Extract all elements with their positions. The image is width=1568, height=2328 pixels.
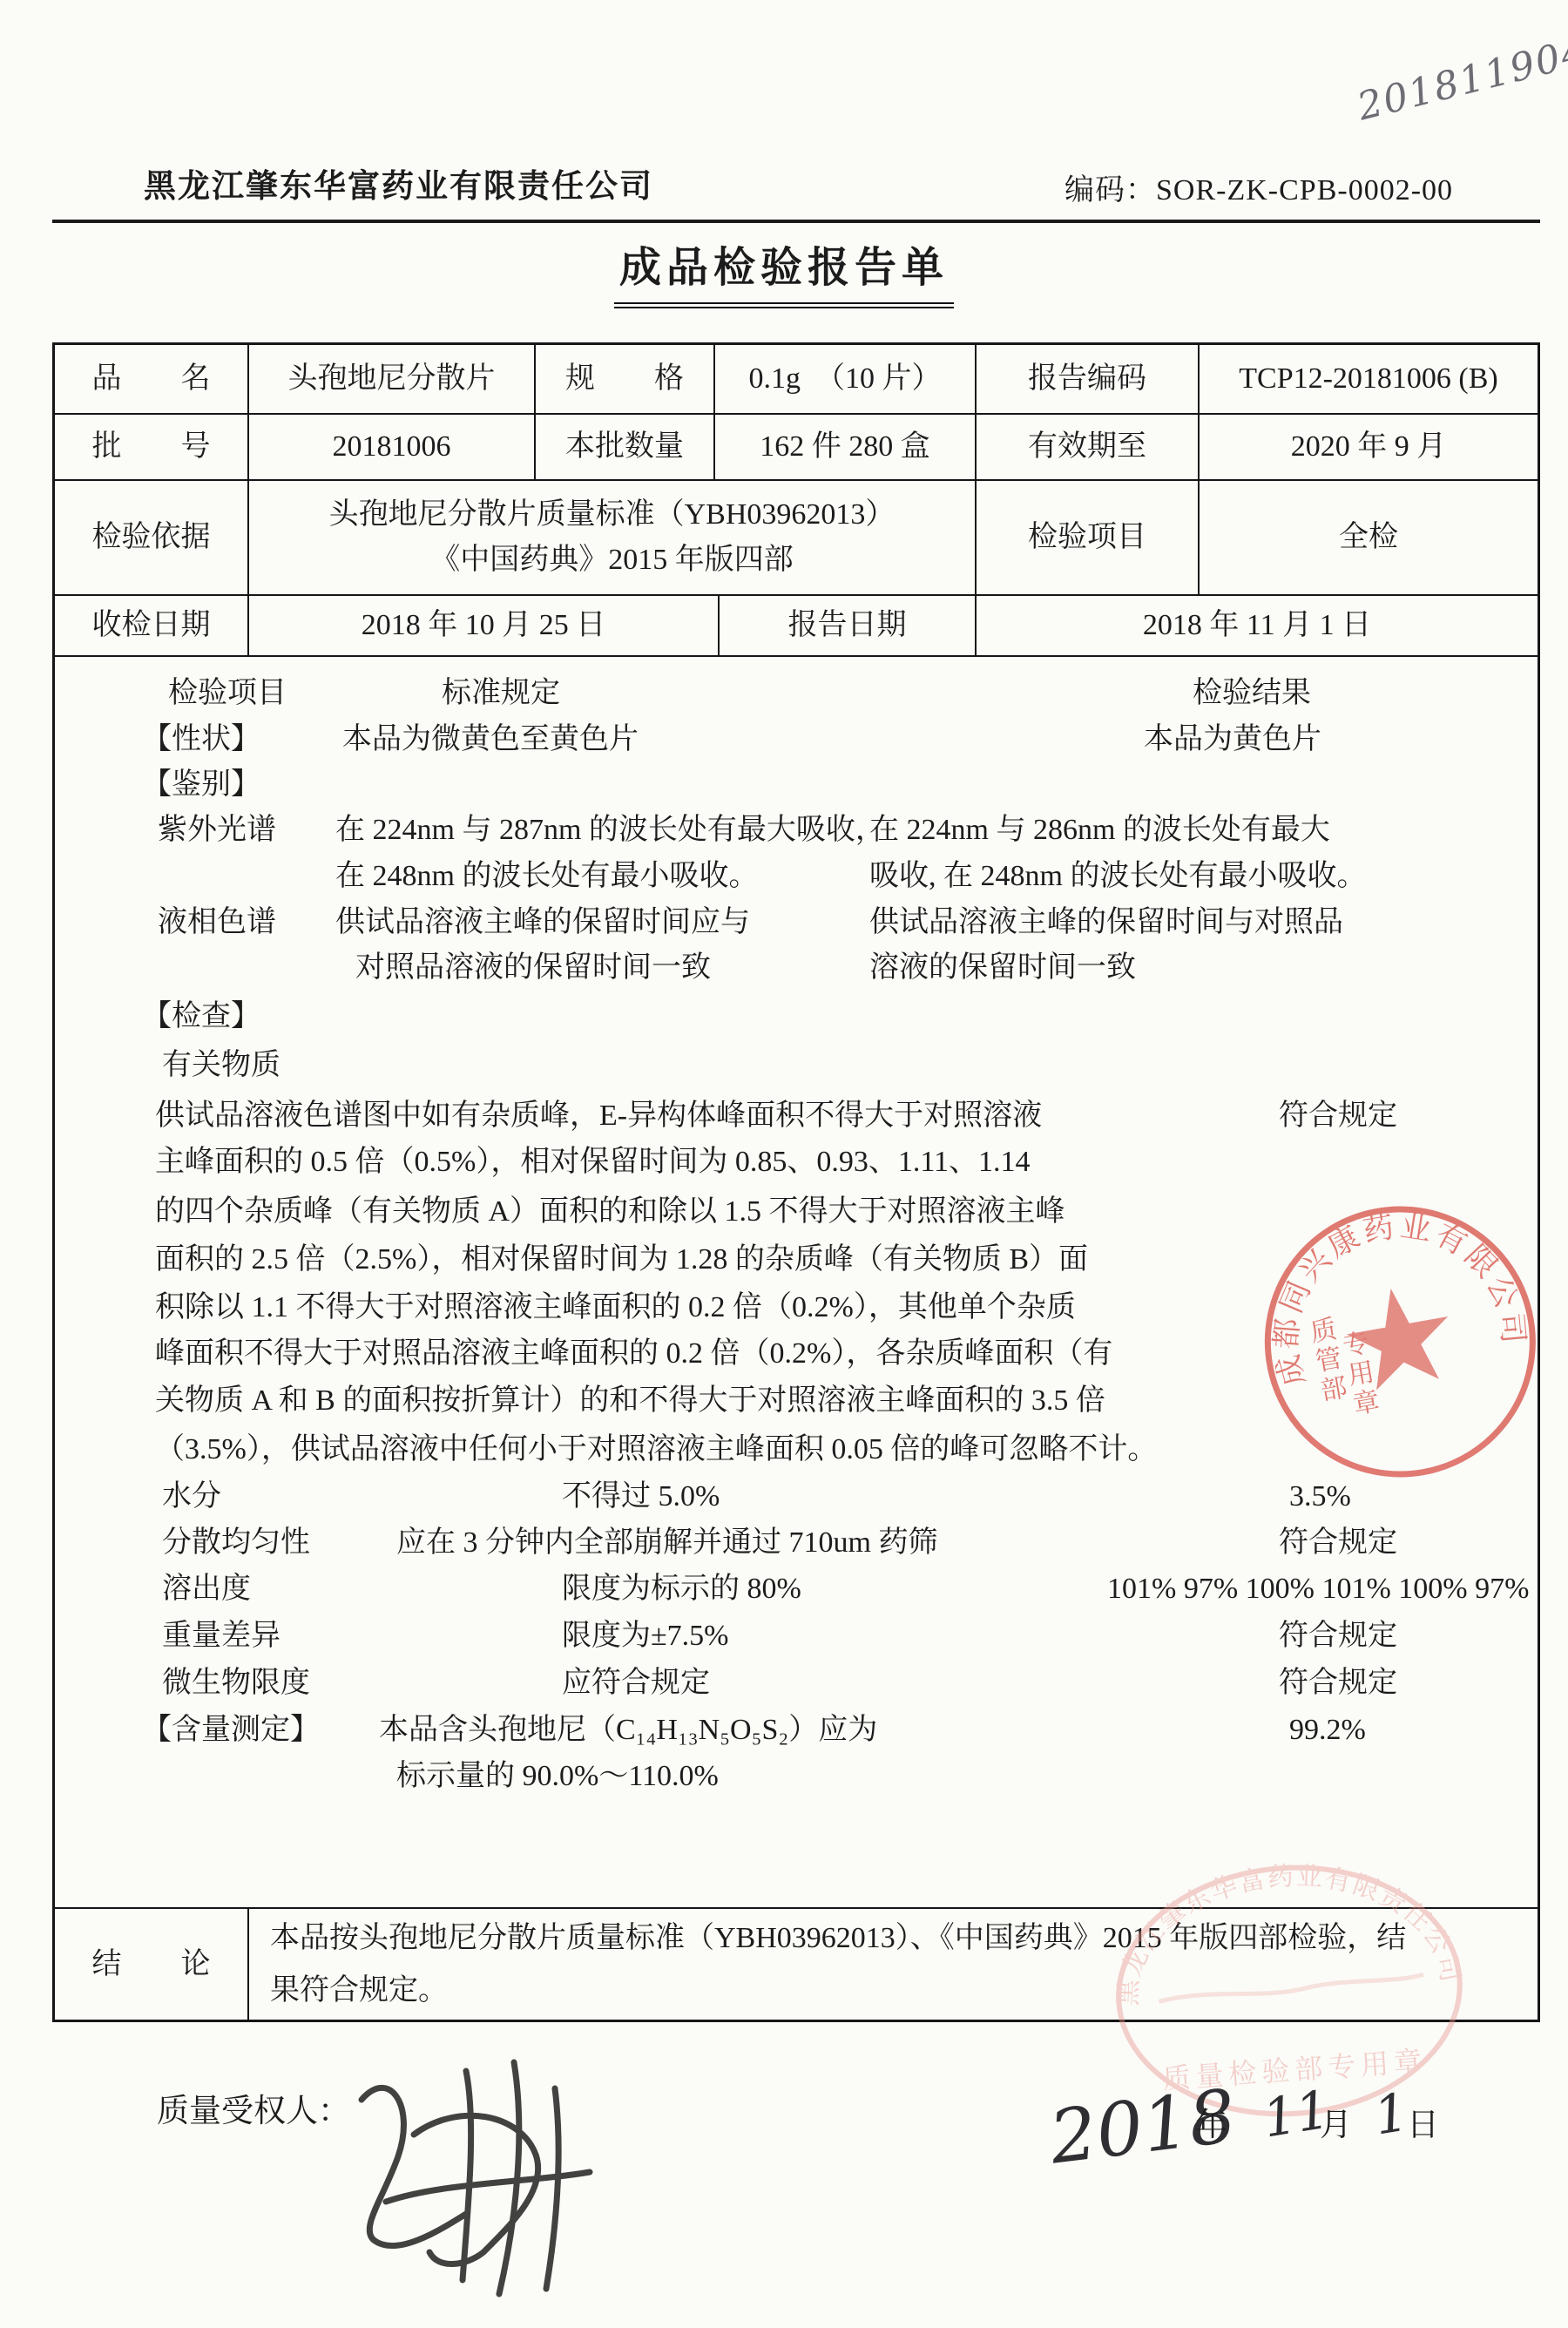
- receive-date-label: 收检日期: [55, 596, 249, 655]
- section-identification: 【鉴别】: [142, 766, 260, 804]
- uv-result-line1: 在 224nm 与 286nm 的波长处有最大: [869, 811, 1330, 849]
- item-related-substances: 有关物质: [162, 1046, 280, 1085]
- moisture-standard: 不得过 5.0%: [562, 1478, 720, 1516]
- company-name: 黑龙江肇东华富药业有限责任公司: [144, 159, 653, 206]
- basis-line1: 头孢地尼分散片质量标准（YBH03962013）: [329, 492, 896, 538]
- handwritten-serial-number: 2018119045: [1353, 23, 1568, 129]
- uv-result-line2: 吸收, 在 248nm 的波长处有最小吸收。: [869, 857, 1366, 896]
- moisture-result: 3.5%: [1289, 1478, 1351, 1516]
- month-unit: 月: [1320, 2098, 1352, 2145]
- batch-qty-label: 本批数量: [536, 415, 715, 479]
- product-name-value: 头孢地尼分散片: [249, 345, 536, 413]
- test-scope-label: 检验项目: [977, 481, 1200, 594]
- assay-standard-line1: 本品含头孢地尼（C₁₄H₁₃N₅O₅S₂）应为: [379, 1711, 877, 1749]
- dispersibility-result: 符合规定: [1279, 1524, 1397, 1562]
- basis-label: 检验依据: [55, 481, 249, 594]
- header-divider: [52, 220, 1540, 223]
- conclusion-line2: 果符合规定。: [270, 1965, 1517, 2017]
- appearance-standard: 本品为微黄色至黄色片: [342, 721, 639, 759]
- report-code-value: TCP12-20181006 (B): [1200, 345, 1538, 413]
- col-header-item: 检验项目: [168, 674, 287, 713]
- hplc-result-line2: 溶液的保留时间一致: [869, 949, 1136, 987]
- item-appearance: 【性状】: [142, 721, 260, 759]
- related-substances-para-1: 供试品溶液色谱图中如有杂质峰，E-异构体峰面积不得大于对照溶液: [155, 1097, 1042, 1135]
- spec-value: 0.1g （10 片）: [715, 345, 977, 413]
- assay-result: 99.2%: [1289, 1711, 1366, 1749]
- related-substances-para-3: 的四个杂质峰（有关物质 A）面积的和除以 1.5 不得大于对照溶液主峰: [155, 1193, 1065, 1231]
- expiry-label: 有效期至: [977, 415, 1200, 479]
- test-scope-value: 全检: [1200, 481, 1538, 594]
- dissolution-standard: 限度为标示的 80%: [562, 1570, 801, 1608]
- uv-standard-line1: 在 224nm 与 287nm 的波长处有最大吸收，: [335, 811, 885, 849]
- hplc-result-line1: 供试品溶液主峰的保留时间与对照品: [869, 903, 1343, 942]
- related-substances-para-7: 关物质 A 和 B 的面积按折算计）的和不得大于对照溶液主峰面积的 3.5 倍: [155, 1382, 1105, 1420]
- conclusion-row: 结 论 本品按头孢地尼分散片质量标准（YBH03962013）、《中国药典》20…: [55, 1909, 1538, 2020]
- conclusion-label: 结 论: [55, 1909, 249, 2020]
- item-moisture: 水分: [162, 1478, 221, 1516]
- document-code: 编码：SOR-ZK-CPB-0002-00: [1064, 166, 1453, 208]
- report-table: 品 名 头孢地尼分散片 规 格 0.1g （10 片） 报告编码 TCP12-2…: [52, 342, 1540, 2022]
- batch-no-label: 批 号: [55, 415, 249, 479]
- basis-line2: 《中国药典》2015 年版四部: [430, 538, 794, 583]
- item-dissolution: 溶出度: [162, 1570, 251, 1608]
- col-header-standard: 标准规定: [327, 674, 675, 713]
- related-substances-para-5: 积除以 1.1 不得大于对照溶液主峰面积的 0.2 倍（0.2%），其他单个杂质: [155, 1289, 1076, 1327]
- assay-standard-line2: 标示量的 90.0%～110.0%: [396, 1757, 719, 1796]
- dispersibility-standard: 应在 3 分钟内全部崩解并通过 710um 药筛: [396, 1524, 937, 1562]
- item-uv-spectrum: 紫外光谱: [158, 811, 276, 849]
- spec-label: 规 格: [536, 345, 715, 413]
- dissolution-result: 101% 97% 100% 101% 100% 97%: [1107, 1570, 1529, 1608]
- hplc-standard-line1: 供试品溶液主峰的保留时间应与: [335, 903, 750, 942]
- results-row: 检验项目 标准规定 检验结果 【性状】 本品为微黄色至黄色片 本品为黄色片 【鉴…: [55, 657, 1538, 1909]
- batch-no-value: 20181006: [249, 415, 536, 479]
- authorizer-label: 质量受权人：: [157, 2084, 350, 2131]
- report-date-value: 2018 年 11 月 1 日: [977, 596, 1538, 655]
- table-row-product: 品 名 头孢地尼分散片 规 格 0.1g （10 片） 报告编码 TCP12-2…: [55, 345, 1538, 415]
- report-date-label: 报告日期: [720, 596, 977, 655]
- batch-qty-value: 162 件 280 盒: [715, 415, 977, 479]
- basis-value: 头孢地尼分散片质量标准（YBH03962013） 《中国药典》2015 年版四部: [249, 481, 977, 594]
- receive-date-value: 2018 年 10 月 25 日: [249, 596, 720, 655]
- table-row-batch: 批 号 20181006 本批数量 162 件 280 盒 有效期至 2020 …: [55, 415, 1538, 481]
- table-row-basis: 检验依据 头孢地尼分散片质量标准（YBH03962013） 《中国药典》2015…: [55, 481, 1538, 596]
- related-substances-para-4: 面积的 2.5 倍（2.5%），相对保留时间为 1.28 的杂质峰（有关物质 B…: [155, 1241, 1088, 1279]
- related-substances-para-6: 峰面积不得大于对照品溶液主峰面积的 0.2 倍（0.2%），各杂质峰面积（有: [155, 1335, 1112, 1373]
- year-unit: 年: [1195, 2098, 1227, 2145]
- related-substances-para-8: （3.5%），供试品溶液中任何小于对照溶液主峰面积 0.05 倍的峰可忽略不计。: [155, 1431, 1157, 1469]
- related-substances-para-2: 主峰面积的 0.5 倍（0.5%），相对保留时间为 0.85、0.93、1.11…: [155, 1143, 1031, 1181]
- report-code-label: 报告编码: [977, 345, 1200, 413]
- microbial-limit-standard: 应符合规定: [562, 1664, 710, 1702]
- appearance-result: 本品为黄色片: [1144, 721, 1321, 759]
- conclusion-text: 本品按头孢地尼分散片质量标准（YBH03962013）、《中国药典》2015 年…: [249, 1909, 1538, 2020]
- expiry-value: 2020 年 9 月: [1200, 415, 1538, 479]
- product-name-label: 品 名: [55, 345, 249, 413]
- conclusion-line1: 本品按头孢地尼分散片质量标准（YBH03962013）、《中国药典》2015 年…: [270, 1912, 1517, 1965]
- related-substances-result: 符合规定: [1279, 1097, 1397, 1135]
- item-weight-variation: 重量差异: [162, 1617, 280, 1655]
- authorizer-signature: [335, 2052, 623, 2313]
- weight-variation-result: 符合规定: [1279, 1617, 1397, 1655]
- item-assay: 【含量测定】: [142, 1711, 320, 1749]
- item-dispersibility: 分散均匀性: [162, 1524, 310, 1562]
- report-title: 成品检验报告单: [0, 233, 1568, 308]
- weight-variation-standard: 限度为±7.5%: [562, 1617, 728, 1655]
- item-hplc: 液相色谱: [158, 903, 276, 942]
- microbial-limit-result: 符合规定: [1279, 1664, 1397, 1702]
- scanned-report-page: 2018119045 黑龙江肇东华富药业有限责任公司 编码：SOR-ZK-CPB…: [0, 0, 1568, 2328]
- results-body: 检验项目 标准规定 检验结果 【性状】 本品为微黄色至黄色片 本品为黄色片 【鉴…: [55, 657, 1538, 1907]
- uv-standard-line2: 在 248nm 的波长处有最小吸收。: [335, 857, 758, 896]
- table-row-dates: 收检日期 2018 年 10 月 25 日 报告日期 2018 年 11 月 1…: [55, 596, 1538, 657]
- section-tests: 【检查】: [142, 998, 260, 1036]
- day-unit: 日: [1407, 2098, 1439, 2145]
- hplc-standard-line2: 对照品溶液的保留时间一致: [355, 949, 711, 987]
- item-microbial-limit: 微生物限度: [162, 1664, 310, 1702]
- col-header-result: 检验结果: [1078, 674, 1426, 713]
